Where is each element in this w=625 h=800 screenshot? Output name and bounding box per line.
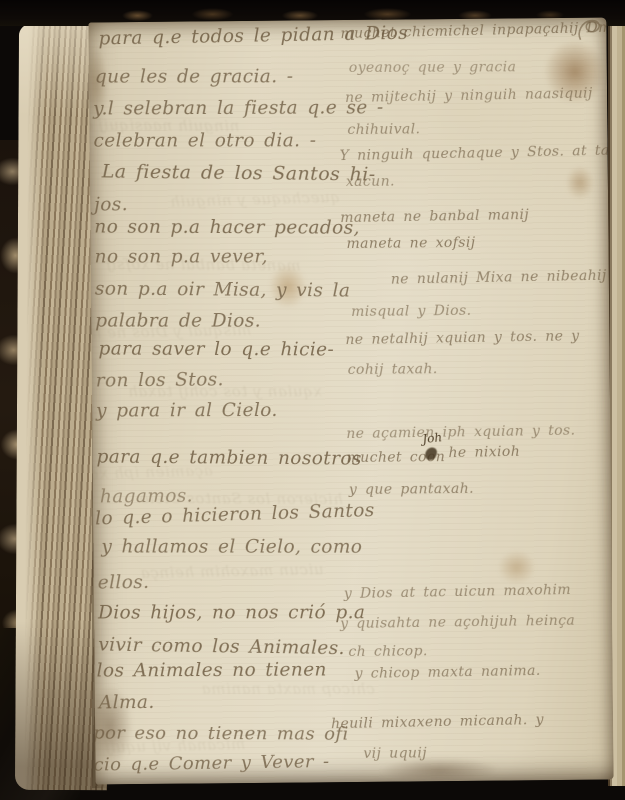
manuscript-line: he nixioh [448, 444, 520, 461]
manuscript-line: no son p.a vever, [95, 246, 268, 267]
manuscript-line: y hallamos el Cielo, como [101, 536, 362, 557]
paraph-flourish-icon [574, 18, 604, 52]
manuscript-line: ch chicop. [348, 643, 427, 660]
manuscript-line: y Dios at tac uicun maxohim [344, 582, 571, 602]
handwriting-layer: para q.e todos le pidan a Diosque les de… [88, 18, 613, 785]
manuscript-line: chihuival. [347, 121, 420, 138]
manuscript-line: La fiesta de los Santos hi- [102, 160, 376, 185]
manuscript-line: Y ninguih quechaque y Stos. at tac- [339, 142, 613, 164]
manuscript-line: celebran el otro dia. - [93, 130, 316, 151]
manuscript-line: para q.e tambien nosotros [96, 446, 361, 469]
manuscript-line: ne mijtechij y ninguih naasiquij [345, 86, 593, 107]
manuscript-line: y para ir al Cielo. [96, 400, 278, 421]
manuscript-line: los Animales no tienen [97, 659, 327, 681]
manuscript-line: cohij taxah. [348, 361, 438, 378]
manuscript-line: misqual y Dios. [351, 303, 471, 320]
manuscript-line: que les de gracia. - [95, 66, 294, 87]
interlinear-insertion: Joh [422, 430, 443, 446]
manuscript-line: oyeanoç que y gracia [349, 59, 517, 76]
manuscript-line: ellos. [98, 572, 150, 593]
manuscript-line: palabra de Dios. [95, 310, 261, 331]
manuscript-line: heuili mixaxeno micanah. y [331, 712, 544, 732]
photo-of-manuscript-book: ninguih naasiquij chihuivalquechaque y n… [0, 0, 625, 800]
manuscript-line: son p.a oir Misa, y vis la [95, 278, 351, 301]
manuscript-line: no son p.a hacer pecados, [94, 216, 360, 238]
manuscript-line: maneta ne xofsij [346, 235, 475, 252]
manuscript-line: ne açamien iph xquian y tos. [346, 423, 575, 442]
manuscript-page: ninguih naasiquij chihuivalquechaque y n… [88, 18, 613, 785]
manuscript-line: y que pantaxah. [349, 481, 474, 498]
manuscript-line: jos. [94, 194, 128, 215]
manuscript-line: Alma. [99, 692, 155, 714]
manuscript-line: para saver lo q.e hicie- [98, 338, 334, 360]
manuscript-line: maneta ne banbal manij [340, 207, 529, 226]
manuscript-line: hagamos. [100, 486, 193, 508]
manuscript-line: y.l selebran la fiesta q.e se - [93, 97, 383, 119]
manuscript-line: ron los Stos. [96, 369, 224, 391]
manuscript-line: por eso no tienen mas ofi [93, 722, 349, 744]
manuscript-line: ne nulanij Mixa ne nibeahij [391, 268, 607, 288]
manuscript-line: vivir como los Animales. [98, 634, 345, 659]
manuscript-line: xacun. [346, 174, 395, 190]
manuscript-line: vij uquij [363, 745, 427, 762]
manuscript-line: cio q.e Comer y Vever - [93, 751, 329, 775]
manuscript-line: y quisahta ne açohijuh heinça [340, 613, 575, 632]
manuscript-line: y chicop maxta nanima. [354, 663, 540, 682]
manuscript-line: Dios hijos, no nos crió p.a [98, 602, 365, 623]
manuscript-line: ne netalhij xquian y tos. ne y [345, 328, 579, 348]
